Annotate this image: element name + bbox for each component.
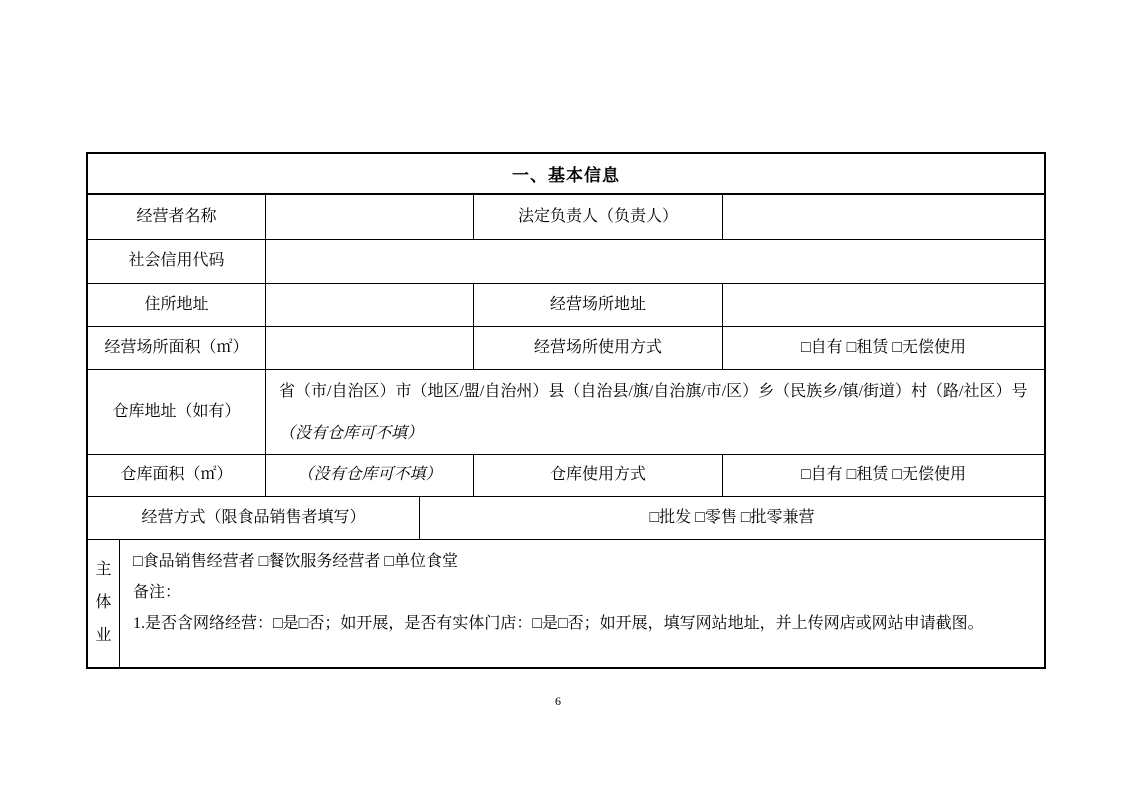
warehouse-usage-checkboxes[interactable]: □自有 □租赁 □无偿使用 — [723, 455, 1044, 496]
premises-area-label: 经营场所面积（㎡） — [88, 327, 266, 369]
table-row-credit-code: 社会信用代码 — [88, 240, 1044, 284]
warehouse-address-input-cell[interactable]: 省（市/自治区）市（地区/盟/自治州）县（自治县/旗/自治旗/市/区）乡（民族乡… — [266, 370, 1044, 454]
table-row-warehouse-area: 仓库面积（㎡） （没有仓库可不填） 仓库使用方式 □自有 □租赁 □无偿使用 — [88, 455, 1044, 497]
premises-address-label: 经营场所地址 — [474, 284, 723, 326]
premises-address-input-cell[interactable] — [723, 284, 1044, 326]
entity-label-char-3: 业 — [95, 626, 111, 647]
business-mode-label: 经营方式（限食品销售者填写） — [88, 497, 420, 539]
warehouse-usage-label: 仓库使用方式 — [474, 455, 723, 496]
table-row-business-mode: 经营方式（限食品销售者填写） □批发 □零售 □批零兼营 — [88, 497, 1044, 540]
warehouse-address-note: （没有仓库可不填） — [279, 425, 423, 442]
table-row-entity-type: 主 体 业 □食品销售经营者 □餐饮服务经营者 □单位食堂 备注： 1.是否含网… — [88, 540, 1044, 667]
page-number: 6 — [0, 694, 1116, 709]
entity-label-char-1: 主 — [95, 560, 111, 581]
legal-person-label: 法定负责人（负责人） — [474, 195, 723, 239]
premises-usage-checkboxes[interactable]: □自有 □租赁 □无偿使用 — [723, 327, 1044, 369]
premises-usage-label: 经营场所使用方式 — [474, 327, 723, 369]
entity-label-char-2: 体 — [95, 593, 111, 614]
warehouse-address-label: 仓库地址（如有） — [88, 370, 266, 454]
credit-code-input-cell[interactable] — [266, 240, 1044, 283]
document-page: 一、基本信息 经营者名称 法定负责人（负责人） 社会信用代码 住所地址 经营场所… — [0, 0, 1122, 793]
premises-area-input-cell[interactable] — [266, 327, 474, 369]
table-row-operator: 经营者名称 法定负责人（负责人） — [88, 195, 1044, 240]
section-title: 一、基本信息 — [512, 161, 620, 186]
business-mode-checkboxes[interactable]: □批发 □零售 □批零兼营 — [420, 497, 1044, 539]
table-title-row: 一、基本信息 — [88, 154, 1044, 195]
residence-address-label: 住所地址 — [88, 284, 266, 326]
warehouse-area-label: 仓库面积（㎡） — [88, 455, 266, 496]
residence-address-input-cell[interactable] — [266, 284, 474, 326]
entity-remark-label: 备注： — [133, 577, 1031, 608]
entity-type-checkboxes[interactable]: □食品销售经营者 □餐饮服务经营者 □单位食堂 — [133, 546, 1031, 577]
credit-code-label: 社会信用代码 — [88, 240, 266, 283]
operator-name-input-cell[interactable] — [266, 195, 474, 239]
entity-remark-line[interactable]: 1.是否含网络经营：□是□否；如开展，是否有实体门店：□是□否；如开展，填写网站… — [133, 608, 1031, 639]
table-row-warehouse-address: 仓库地址（如有） 省（市/自治区）市（地区/盟/自治州）县（自治县/旗/自治旗/… — [88, 370, 1044, 455]
table-row-addresses: 住所地址 经营场所地址 — [88, 284, 1044, 327]
legal-person-input-cell[interactable] — [723, 195, 1044, 239]
basic-info-table: 一、基本信息 经营者名称 法定负责人（负责人） 社会信用代码 住所地址 经营场所… — [86, 152, 1046, 669]
entity-type-vertical-label: 主 体 业 — [88, 540, 120, 667]
table-row-premises-area: 经营场所面积（㎡） 经营场所使用方式 □自有 □租赁 □无偿使用 — [88, 327, 1044, 370]
entity-type-content-cell: □食品销售经营者 □餐饮服务经营者 □单位食堂 备注： 1.是否含网络经营：□是… — [120, 540, 1044, 667]
warehouse-area-input-cell[interactable]: （没有仓库可不填） — [266, 455, 474, 496]
warehouse-address-template: 省（市/自治区）市（地区/盟/自治州）县（自治县/旗/自治旗/市/区）乡（民族乡… — [279, 383, 1027, 400]
operator-name-label: 经营者名称 — [88, 195, 266, 239]
